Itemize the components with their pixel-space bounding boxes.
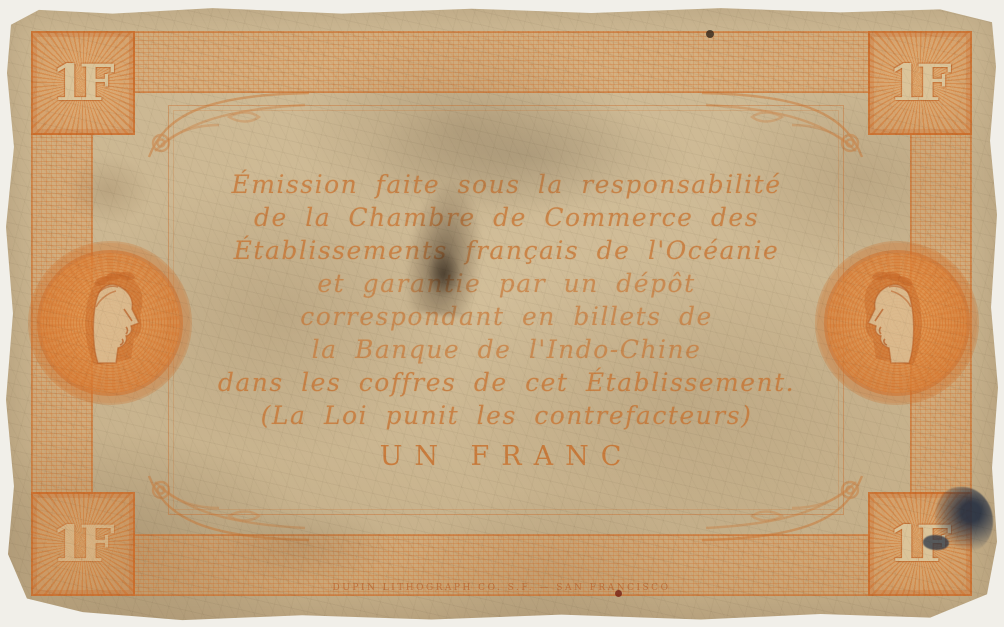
script-line: de la Chambre de Commerce des (153, 201, 860, 234)
script-line: Établissements français de l'Océanie (153, 234, 860, 267)
denomination-value: 1F (888, 58, 951, 108)
script-line: correspondant en billets de (153, 300, 860, 333)
scrollwork-ornament-icon (698, 470, 868, 560)
denomination-corner-bottom-right: 1F (868, 492, 972, 596)
denomination-corner-bottom-left: 1F (31, 492, 135, 596)
denomination-words: UN FRANC (153, 441, 860, 472)
script-line: et garantie par un dépôt (153, 267, 860, 300)
photo-backdrop: 1F 1F 1F 1F (0, 0, 1004, 627)
scrollwork-ornament-icon (698, 73, 868, 163)
denomination-value: 1F (888, 519, 951, 569)
script-line: Émission faite sous la responsabilité (153, 168, 860, 201)
scrollwork-ornament-icon (143, 73, 313, 163)
legend-text-block: Émission faite sous la responsabilité de… (153, 168, 860, 472)
scrollwork-ornament-icon (143, 470, 313, 560)
banknote-reverse: 1F 1F 1F 1F (3, 5, 1000, 622)
liberty-head-icon (845, 263, 949, 383)
denomination-corner-top-left: 1F (31, 31, 135, 135)
script-line: dans les coffres de cet Établissement. (153, 366, 860, 399)
liberty-head-icon (58, 263, 162, 383)
denomination-corner-top-right: 1F (868, 31, 972, 135)
script-line: la Banque de l'Indo-Chine (153, 333, 860, 366)
denomination-value: 1F (51, 519, 114, 569)
script-line: (La Loi punit les contrefacteurs) (153, 399, 860, 432)
denomination-value: 1F (51, 58, 114, 108)
printer-imprint: DUPIN LITHOGRAPH CO. S.F. — SAN FRANCISC… (3, 583, 1000, 593)
